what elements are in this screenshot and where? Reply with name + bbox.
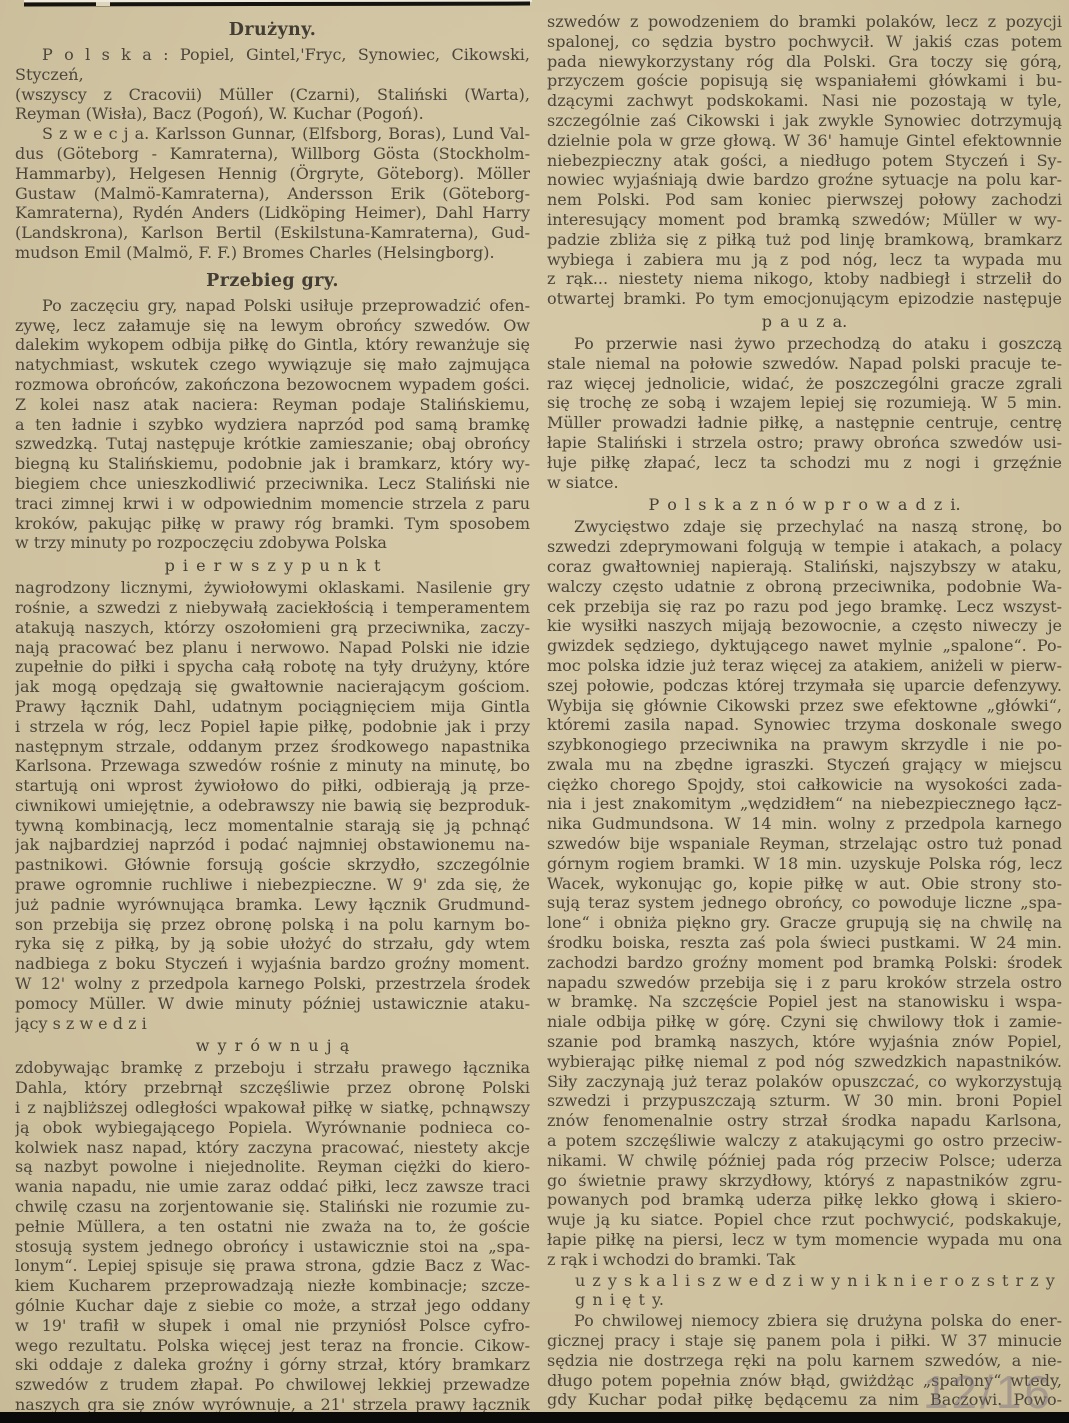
- text-line: atakują naszych, którzy oszołomieni grą …: [15, 618, 530, 638]
- text-line: sędzia nie dostrzega ręki na polu karnem…: [547, 1351, 1062, 1371]
- text-line: startują oni wprost żywiołowo do piłki, …: [15, 776, 530, 796]
- text-line: ją obok wybiegającego Popiela. Wyrównani…: [15, 1118, 530, 1138]
- text-line: któremi zasila napad. Synowiec trzyma do…: [547, 715, 1062, 735]
- text-line: Po zaczęciu gry, napad Polski usiłuje pr…: [15, 296, 530, 316]
- text-line: szwedów bije wspaniale Reyman, strzelają…: [547, 834, 1062, 854]
- text-line: zywę, lecz załamuje się na lewym obrońcy…: [15, 316, 530, 336]
- text-line: go świetnie prawy skrzydłowy, któryś z n…: [547, 1171, 1062, 1191]
- text-line: dus (Göteborg - Kamraterna), Willborg Gö…: [15, 144, 530, 164]
- text-line: tywną kombinacją, lecz momentalnie stara…: [15, 816, 530, 836]
- text-line: Po przerwie nasi żywo przechodzą do atak…: [547, 334, 1062, 354]
- text-line: kiem Kucharem przeprowadzają niezłe komb…: [15, 1276, 530, 1296]
- text-line: przyczem goście popisują się wspaniałemi…: [547, 71, 1062, 91]
- text-line: wybiega i zabiera mu ją z pod nóg, lecz …: [547, 250, 1062, 270]
- text-line: zupełnie do piłki i spycha całą robotę n…: [15, 657, 530, 677]
- text-line: powanych pod bramką uderza piłkę lekko g…: [547, 1190, 1062, 1210]
- newspaper-page: Drużyny.P o l s k a : Popiel, Gintel,'Fr…: [0, 0, 1069, 1423]
- text-line: chwilę czasu na zorjentowanie się. Stali…: [15, 1197, 530, 1217]
- right-column: szwedów z powodzeniem do bramki polaków,…: [547, 12, 1062, 1415]
- text-line: gólnie Kuchar daje z siebie co może, a s…: [15, 1296, 530, 1316]
- text-line: dalekim wykopem odbija piłkę do Gintla, …: [15, 335, 530, 355]
- scan-edge-bottom-bar: [0, 1412, 1069, 1423]
- text-line: szybkonogiego przeciwnika na prawym skrz…: [547, 735, 1062, 755]
- text-line: interesujący moment pod bramką szwedów; …: [547, 210, 1062, 230]
- text-line: coraz gwałtowniej napierają. Staliński, …: [547, 557, 1062, 577]
- text-line: nadbiega z boku Styczeń i wyjaśnia bardz…: [15, 954, 530, 974]
- text-line: rozmowa obrońców, zakończona bezowocnem …: [15, 375, 530, 395]
- text-line: Wacek, wykonując go, kopie piłkę w aut. …: [547, 874, 1062, 894]
- text-line: w siatce.: [547, 473, 1062, 493]
- text-line: biegiem chce unieszkodliwić przeciwnika.…: [15, 474, 530, 494]
- text-line: szwedów z powodzeniem do bramki polaków,…: [547, 12, 1062, 32]
- text-line: traci zimnej krwi i w odpowiednim momenc…: [15, 494, 530, 514]
- article-columns: Drużyny.P o l s k a : Popiel, Gintel,'Fr…: [15, 12, 1062, 1415]
- text-line: Reyman (Wisła), Bacz (Pogoń), W. Kuchar …: [15, 104, 530, 124]
- section-subheading: p i e r w s z y p u n k t: [15, 556, 530, 576]
- text-line: walczy często udatnie z obroną przeciwni…: [547, 577, 1062, 597]
- text-line: i strzela w róg, lecz Popiel łapie piłkę…: [15, 717, 530, 737]
- text-line: sują teraz system jednego obrońcy, co po…: [547, 893, 1062, 913]
- text-line: jak najbardziej naprzód i podać najmniej…: [15, 835, 530, 855]
- text-line: szwedzi zdeprymowani folgują w tempie i …: [547, 537, 1062, 557]
- text-line: wuje ją ku siatce. Popiel chce rzut poch…: [547, 1210, 1062, 1230]
- text-line: Müller prowadzi ładnie piłkę, a następni…: [547, 413, 1062, 433]
- text-line: son przebija się przez obronę polską i n…: [15, 915, 530, 935]
- section-subheading: p a u z a.: [547, 312, 1062, 332]
- text-line: i z najbliższej odległości wpakował piłk…: [15, 1098, 530, 1118]
- text-line: zwala mu na zbędne igraszki. Styczeń gra…: [547, 755, 1062, 775]
- text-line: W 12' wolny z przedpola karnego Polski, …: [15, 974, 530, 994]
- text-line: następnym strzale, oddanym przez środkow…: [15, 737, 530, 757]
- text-line: napadu szwedów przebija się i z paru kro…: [547, 973, 1062, 993]
- text-line: (Landskrona), Karlson Bertil (Eskilstuna…: [15, 223, 530, 243]
- text-line: z rąk i wchodzi do bramki. Tak: [547, 1250, 1062, 1270]
- text-line: lonym“. Lepiej spisuje się prawa strona,…: [15, 1256, 530, 1276]
- text-line: a potem szczęśliwie walczy z atakującymi…: [547, 1131, 1062, 1151]
- text-line: (wszyscy z Cracovii) Müller (Czarni), St…: [15, 85, 530, 105]
- text-line: szej połowie, podczas której trzymała si…: [547, 676, 1062, 696]
- text-line: kie wysiłki naszych mijają bezowocnie, a…: [547, 616, 1062, 636]
- text-line: szwedzi i przypuszczają szturm. W 30 min…: [547, 1091, 1062, 1111]
- section-heading: Przebieg gry.: [15, 271, 530, 291]
- text-line: Dahla, który przebrnął szczęśliwie przez…: [15, 1078, 530, 1098]
- text-line: środku boiska, reszta zaś pola świeci pu…: [547, 933, 1062, 953]
- text-line: Prawy łącznik Dahl, udatnym pociągnięcie…: [15, 697, 530, 717]
- text-line: długo potem popełnia znów błąd, gwiżdżąc…: [547, 1371, 1062, 1391]
- text-line: szanie pod bramką naszych, które wyjaśni…: [547, 1032, 1062, 1052]
- text-line: w trzy minuty po rozpoczęciu zdobywa Pol…: [15, 533, 530, 553]
- section-heading: Drużyny.: [15, 20, 530, 40]
- text-line: w bramkę. Na szczęście Popiel jest na st…: [547, 992, 1062, 1012]
- text-line: Siły zaczynają już teraz polaków opuszcz…: [547, 1072, 1062, 1092]
- text-line: są nazbyt powolne i niejednolite. Reyman…: [15, 1157, 530, 1177]
- text-line: się trochę ze sobą i wzajem lepiej się r…: [547, 393, 1062, 413]
- section-subheading: P o l s k a z n ó w p r o w a d z i.: [547, 495, 1062, 515]
- text-line: górnym rogiem bramki. W 18 min. uzyskuje…: [547, 854, 1062, 874]
- text-line: niebezpieczny atak gości, a niedługo pot…: [547, 151, 1062, 171]
- text-line: łapie Staliński i strzela ostro; prawy o…: [547, 433, 1062, 453]
- text-line: P o l s k a : Popiel, Gintel,'Fryc, Syno…: [15, 45, 530, 85]
- text-line: kroków, pakując piłkę w prawy róg bramki…: [15, 514, 530, 534]
- text-line: jak mogą opędzają się gwałtownie naciera…: [15, 677, 530, 697]
- text-line: spalonej, co sędzia bystro pochwycił. W …: [547, 32, 1062, 52]
- text-line: Gustaw (Malmö-Kamraterna), Andersson Eri…: [15, 184, 530, 204]
- text-line: pada niewykorzystany róg dla Polski. Gra…: [547, 52, 1062, 72]
- text-line: Hammarby), Helgesen Hennig (Örgryte, Göt…: [15, 164, 530, 184]
- text-line: zdobywając bramkę z przeboju i strzału p…: [15, 1058, 530, 1078]
- text-line: Z kolei nasz atak naciera: Reyman podaje…: [15, 395, 530, 415]
- text-line: ciwnikowi umiejętnie, a odebrawszy nie b…: [15, 796, 530, 816]
- text-line: stosują system jednego obrońcy i ustawic…: [15, 1237, 530, 1257]
- text-line: łuje piłkę złapać, lecz ta schodzi mu z …: [547, 453, 1062, 473]
- text-line: Karlsona. Przewaga szwedów rośnie z minu…: [15, 756, 530, 776]
- section-subheading: w y r ó w n u j ą: [15, 1036, 530, 1056]
- text-line: S z w e c j a. Karlsson Gunnar, (Elfsbor…: [15, 124, 530, 144]
- text-line: a ten ładnie i szybko wydziera naprzód p…: [15, 415, 530, 435]
- text-line: ciężko chorego Spojdy, stoi całkowicie n…: [547, 775, 1062, 795]
- text-line: szwedów z trudem złapał. Po chwilowej le…: [15, 1375, 530, 1395]
- text-line: ski oddaje z daleka groźny i górny strza…: [15, 1355, 530, 1375]
- text-line: padzie zbliża się z piłką tuż pod linję …: [547, 230, 1062, 250]
- text-line: Zwycięstwo zdaje się przechylać na naszą…: [547, 517, 1062, 537]
- text-line: wania napadu, nie umie zaraz oddać piłki…: [15, 1177, 530, 1197]
- text-line: pastnikowi. Głównie forsują goście skrzy…: [15, 855, 530, 875]
- text-line: szwedzką. Tutaj następuje krótkie zamies…: [15, 434, 530, 454]
- text-line: szczególnie zaś Cikowski i jak zwykle Sy…: [547, 111, 1062, 131]
- text-line: dzielnie pola w grze głową. W 36' hamuje…: [547, 131, 1062, 151]
- text-line: niale odbija piłkę w górę. Czyni się chw…: [547, 1012, 1062, 1032]
- text-line: nają pracować bez planu i nerwowo. Napad…: [15, 638, 530, 658]
- text-line: rośnie, a szwedzi z niebywałą zaciekłośc…: [15, 598, 530, 618]
- text-line: lone“ i obniża piękno gry. Gracze grupuj…: [547, 913, 1062, 933]
- text-line: biegną ku Stalińskiemu, podobnie jak i b…: [15, 454, 530, 474]
- text-line: nia i jest znakomitym „wędzidłem“ na nie…: [547, 794, 1062, 814]
- text-line: zachodzi bardzo groźny moment pod bramką…: [547, 953, 1062, 973]
- text-line: otwartej bramki. Po tym emocjonującym ep…: [547, 289, 1062, 309]
- text-line: z rąk... niestety niema nikogo, ktoby na…: [547, 269, 1062, 289]
- text-line: moc polska idzie już teraz więcej za ata…: [547, 656, 1062, 676]
- text-line: Po chwilowej niemocy zbiera się drużyna …: [547, 1311, 1062, 1331]
- text-line: nem Polski. Pod sam koniec pierwszej poł…: [547, 190, 1062, 210]
- text-line: już padnie wyrównująca bramka. Lewy łącz…: [15, 895, 530, 915]
- text-line: stale niemal na połowie szwedów. Napad p…: [547, 354, 1062, 374]
- text-line: wybierając piłkę niemal z pod nóg szwedz…: [547, 1052, 1062, 1072]
- text-line: nagrodzony licznymi, żywiołowymi oklaska…: [15, 578, 530, 598]
- text-line: natychmiast, wskutek czego wywiązuje się…: [15, 355, 530, 375]
- text-line: Kamraterna), Rydén Anders (Lidköping Hei…: [15, 203, 530, 223]
- text-line: gwizdek sędziego, dyktującego nawet myln…: [547, 636, 1062, 656]
- text-line: wego rezultatu. Polska więcej jest teraz…: [15, 1336, 530, 1356]
- text-line: znów fenomenalnie ostry strzał środka na…: [547, 1111, 1062, 1131]
- text-line: łapie piłkę na piersi, lecz w tym momenc…: [547, 1230, 1062, 1250]
- text-line: pomocy Müller. W dwie minuty później ust…: [15, 994, 530, 1014]
- text-line: gicznej pracy i staje się panem pola i p…: [547, 1331, 1062, 1351]
- text-line: w 19' trafił w słupek i omal nie przynió…: [15, 1316, 530, 1336]
- text-line: jący s z w e d z i: [15, 1014, 530, 1034]
- spaced-result-line: u z y s k a l i s z w e d z i w y n i k …: [547, 1271, 1062, 1311]
- text-line: Wybija się głównie Cikowski przez swe ef…: [547, 696, 1062, 716]
- text-line: dzącymi zachwyt podskokami. Nasi nie poz…: [547, 91, 1062, 111]
- text-line: mudson Emil (Malmö, F. F.) Bromes Charle…: [15, 243, 530, 263]
- text-line: nika Gudmundsona. W 14 min. wolny z prze…: [547, 814, 1062, 834]
- text-line: nikami. W chwilę później pada róg przeci…: [547, 1151, 1062, 1171]
- text-line: raz więcej jednolicie, widać, że poszcze…: [547, 374, 1062, 394]
- text-line: gdy Kuchar podał piłkę będącemu za nim B…: [547, 1390, 1062, 1410]
- left-column: Drużyny.P o l s k a : Popiel, Gintel,'Fr…: [15, 12, 530, 1415]
- text-line: prawe ogromnie ruchliwe i niebezpieczne.…: [15, 875, 530, 895]
- text-line: cek przebija się raz po razu pod jego br…: [547, 597, 1062, 617]
- text-line: nowiec wyjaśniają dwie bardzo groźne syt…: [547, 170, 1062, 190]
- text-line: pełnie Müllera, a ten ostatni nie zważa …: [15, 1217, 530, 1237]
- text-line: ryka się z piłką, by ją sobie ułożyć do …: [15, 934, 530, 954]
- text-line: kolwiek nasz napad, który zaczyna pracow…: [15, 1138, 530, 1158]
- scan-edge-top-bar-gap: [96, 2, 110, 6]
